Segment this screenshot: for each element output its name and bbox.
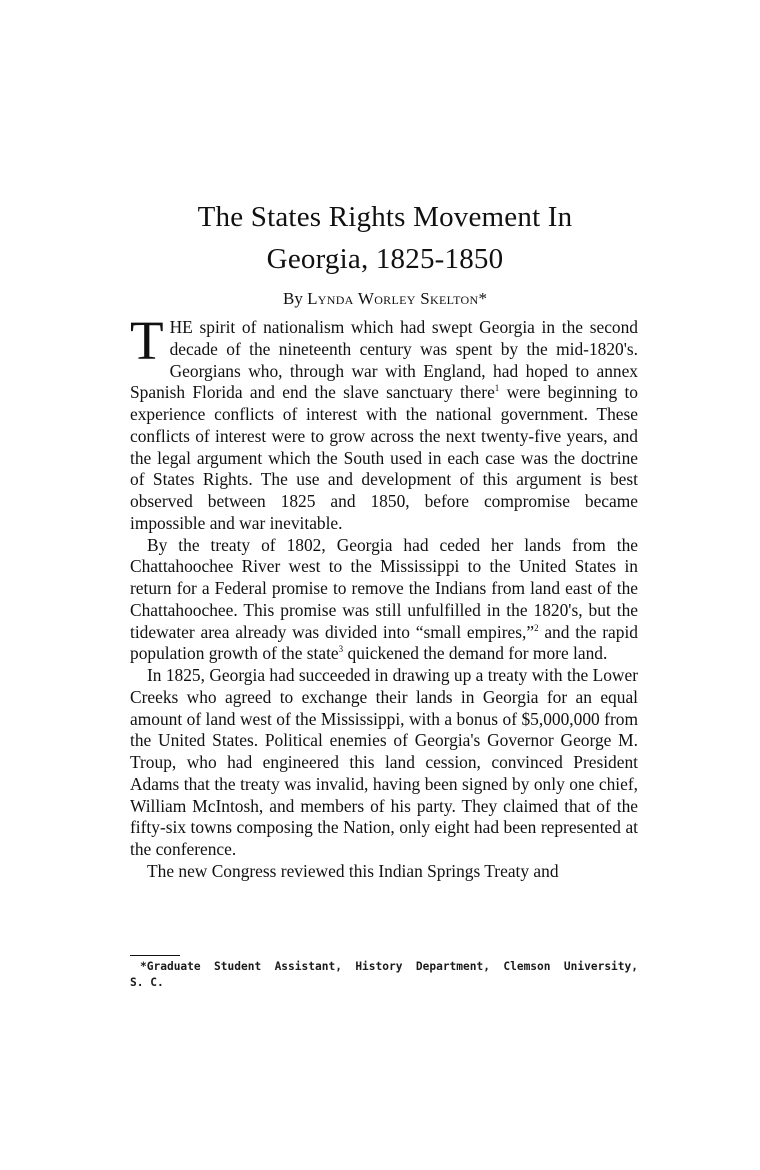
footnote-text-continued: S. C. (130, 976, 164, 989)
title-line-1: The States Rights Movement In (130, 196, 640, 238)
article-title: The States Rights Movement In Georgia, 1… (130, 196, 640, 280)
paragraph-4: The new Congress reviewed this Indian Sp… (130, 861, 638, 883)
paragraph-1-text-b: were beginning to experience conflicts o… (130, 382, 638, 533)
footnote-text: Graduate Student Assistant, History Depa… (147, 960, 638, 973)
paragraph-3: In 1825, Georgia had succeeded in drawin… (130, 665, 638, 861)
paragraph-2: By the treaty of 1802, Georgia had ceded… (130, 535, 638, 666)
title-line-2: Georgia, 1825-1850 (130, 238, 640, 280)
footnote-divider (130, 955, 180, 956)
footnote-marker: * (140, 960, 147, 973)
author-name: Lynda Worley Skelton (307, 289, 478, 308)
paragraph-1: THE spirit of nationalism which had swep… (130, 317, 638, 535)
paragraph-2-text-c: quickened the demand for more land. (343, 643, 607, 663)
paragraph-3-text: In 1825, Georgia had succeeded in drawin… (130, 665, 638, 859)
paragraph-4-text: The new Congress reviewed this Indian Sp… (147, 861, 559, 881)
author-footnote-marker: * (479, 289, 488, 308)
drop-cap: T (130, 321, 164, 363)
document-page: The States Rights Movement In Georgia, 1… (0, 0, 760, 1170)
footnote-line-1: *Graduate Student Assistant, History Dep… (130, 959, 638, 975)
byline-prefix: By (283, 289, 307, 308)
author-footnote: *Graduate Student Assistant, History Dep… (130, 959, 638, 991)
byline: By Lynda Worley Skelton* (130, 288, 640, 310)
article-body: THE spirit of nationalism which had swep… (130, 317, 638, 883)
